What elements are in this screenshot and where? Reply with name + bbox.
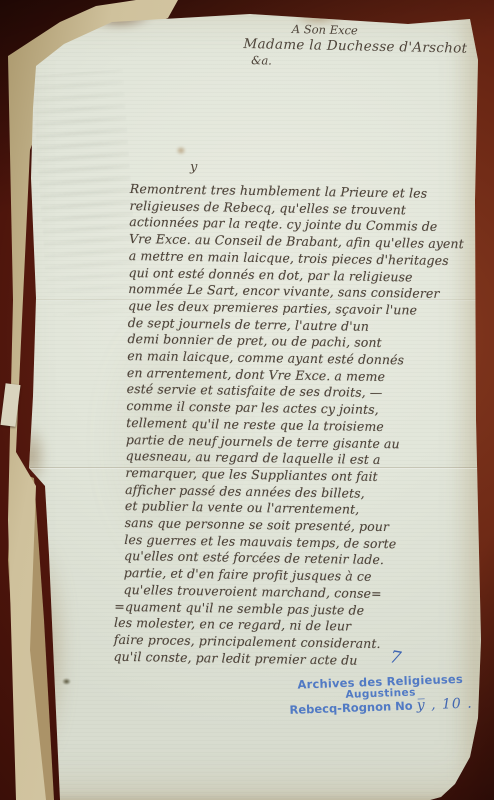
stamp-number-prefix: Rebecq-Rognon No (289, 699, 413, 717)
show-through-ghost-text (31, 69, 140, 325)
stamp-number-handwritten: y̅ , 10 . (416, 696, 473, 714)
manuscript-photo: A Son Exce Madame la Duchesse d'Arschot … (0, 0, 494, 800)
paraph-mark: y (190, 160, 197, 175)
archive-stamp: Archives des Religieuses Augustines Rebe… (286, 671, 475, 718)
paper-sheet: A Son Exce Madame la Duchesse d'Arschot … (0, 0, 494, 800)
petition-body-text: Remontrent tres humblement la Prieure et… (122, 181, 480, 671)
address-block: A Son Exce Madame la Duchesse d'Arschot … (243, 21, 468, 72)
